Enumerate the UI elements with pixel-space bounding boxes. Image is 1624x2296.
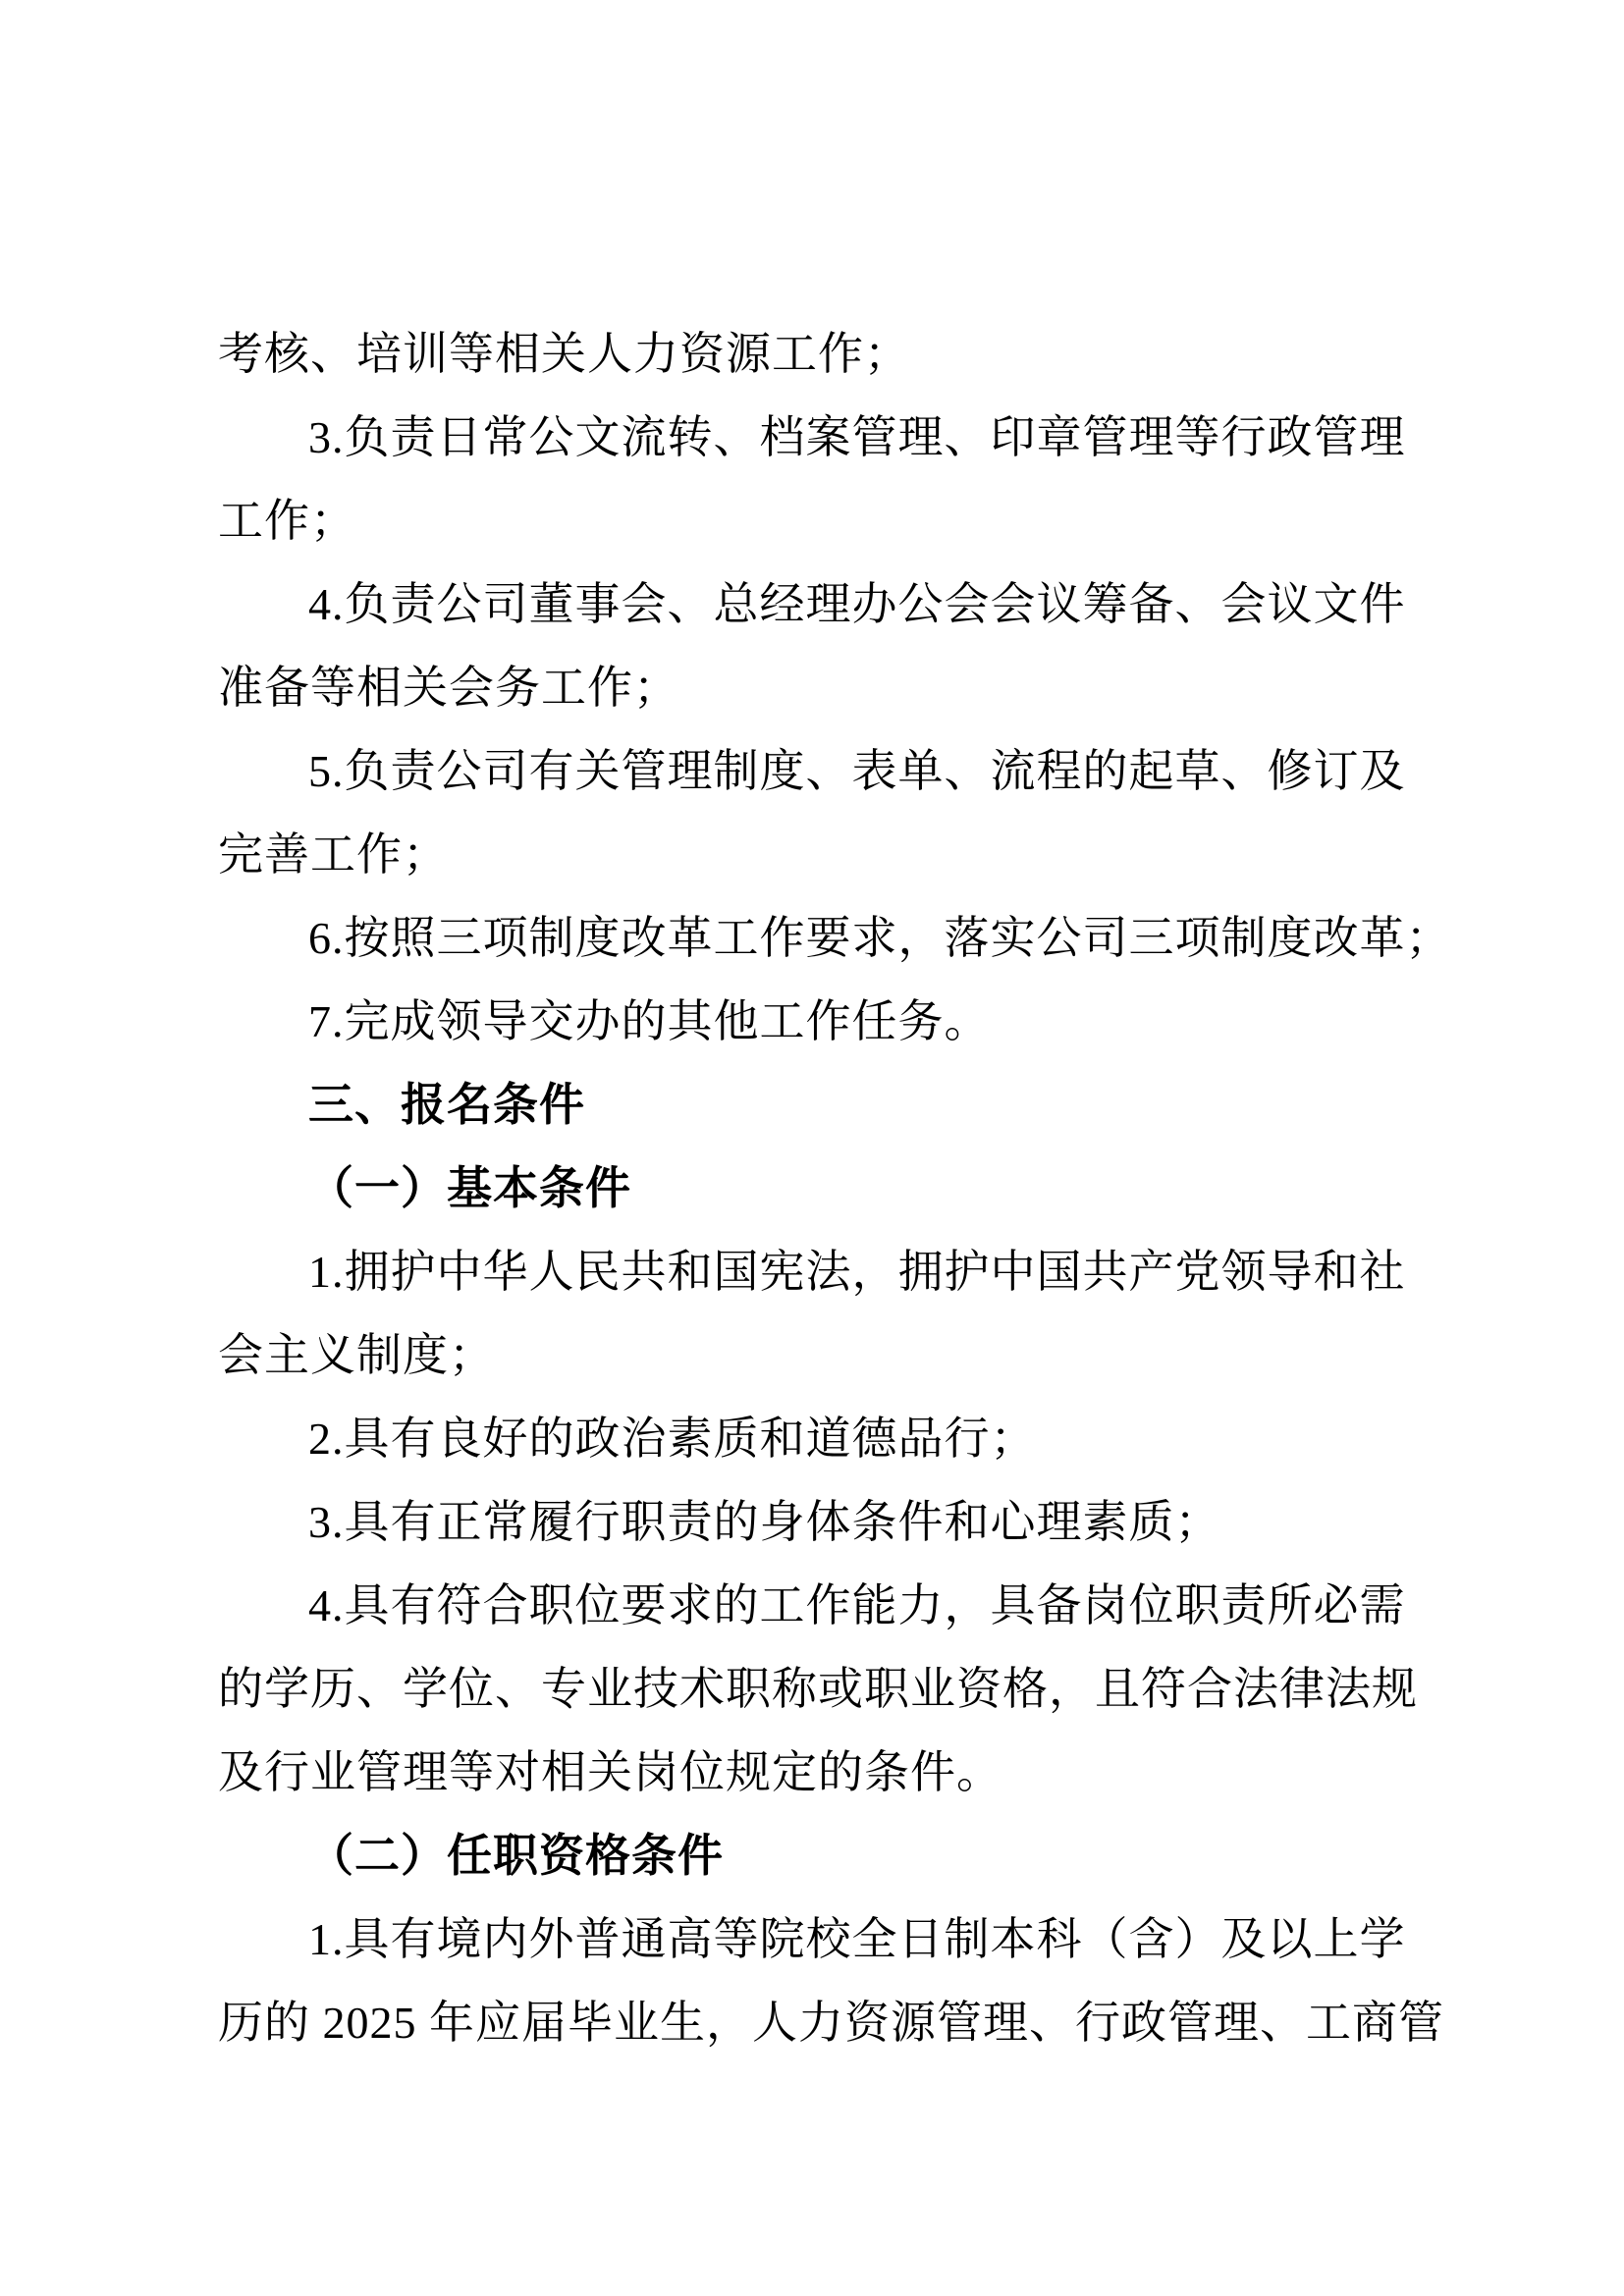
section-heading: 三、报名条件 <box>218 1063 1435 1147</box>
text-line: 7.完成领导交办的其他工作任务。 <box>218 980 1435 1063</box>
subsection-heading: （二）任职资格条件 <box>218 1814 1435 1897</box>
text-line: 工作； <box>218 479 1435 562</box>
text-line: 准备等相关会务工作； <box>218 646 1435 729</box>
subsection-heading: （一）基本条件 <box>218 1147 1435 1230</box>
document-body: 考核、培训等相关人力资源工作； 3.负责日常公文流转、档案管理、印章管理等行政管… <box>218 312 1435 2064</box>
text-line: 3.具有正常履行职责的身体条件和心理素质； <box>218 1480 1435 1564</box>
text-line: 2.具有良好的政治素质和道德品行； <box>218 1397 1435 1480</box>
document-page: 考核、培训等相关人力资源工作； 3.负责日常公文流转、档案管理、印章管理等行政管… <box>0 0 1624 2296</box>
text-line: 会主义制度； <box>218 1313 1435 1397</box>
text-line: 4.负责公司董事会、总经理办公会会议筹备、会议文件 <box>218 562 1435 646</box>
text-line: 考核、培训等相关人力资源工作； <box>218 312 1435 396</box>
text-line: 历的 2025 年应届毕业生，人力资源管理、行政管理、工商管 <box>218 1981 1435 2064</box>
text-line: 5.负责公司有关管理制度、表单、流程的起草、修订及 <box>218 729 1435 813</box>
text-line: 的学历、学位、专业技术职称或职业资格，且符合法律法规 <box>218 1647 1435 1731</box>
text-line: 3.负责日常公文流转、档案管理、印章管理等行政管理 <box>218 396 1435 479</box>
text-line: 1.拥护中华人民共和国宪法，拥护中国共产党领导和社 <box>218 1230 1435 1313</box>
text-line: 6.按照三项制度改革工作要求，落实公司三项制度改革； <box>218 896 1435 980</box>
text-line: 1.具有境内外普通高等院校全日制本科（含）及以上学 <box>218 1897 1435 1981</box>
text-line: 及行业管理等对相关岗位规定的条件。 <box>218 1731 1435 1814</box>
text-line: 完善工作； <box>218 813 1435 896</box>
text-line: 4.具有符合职位要求的工作能力，具备岗位职责所必需 <box>218 1564 1435 1647</box>
